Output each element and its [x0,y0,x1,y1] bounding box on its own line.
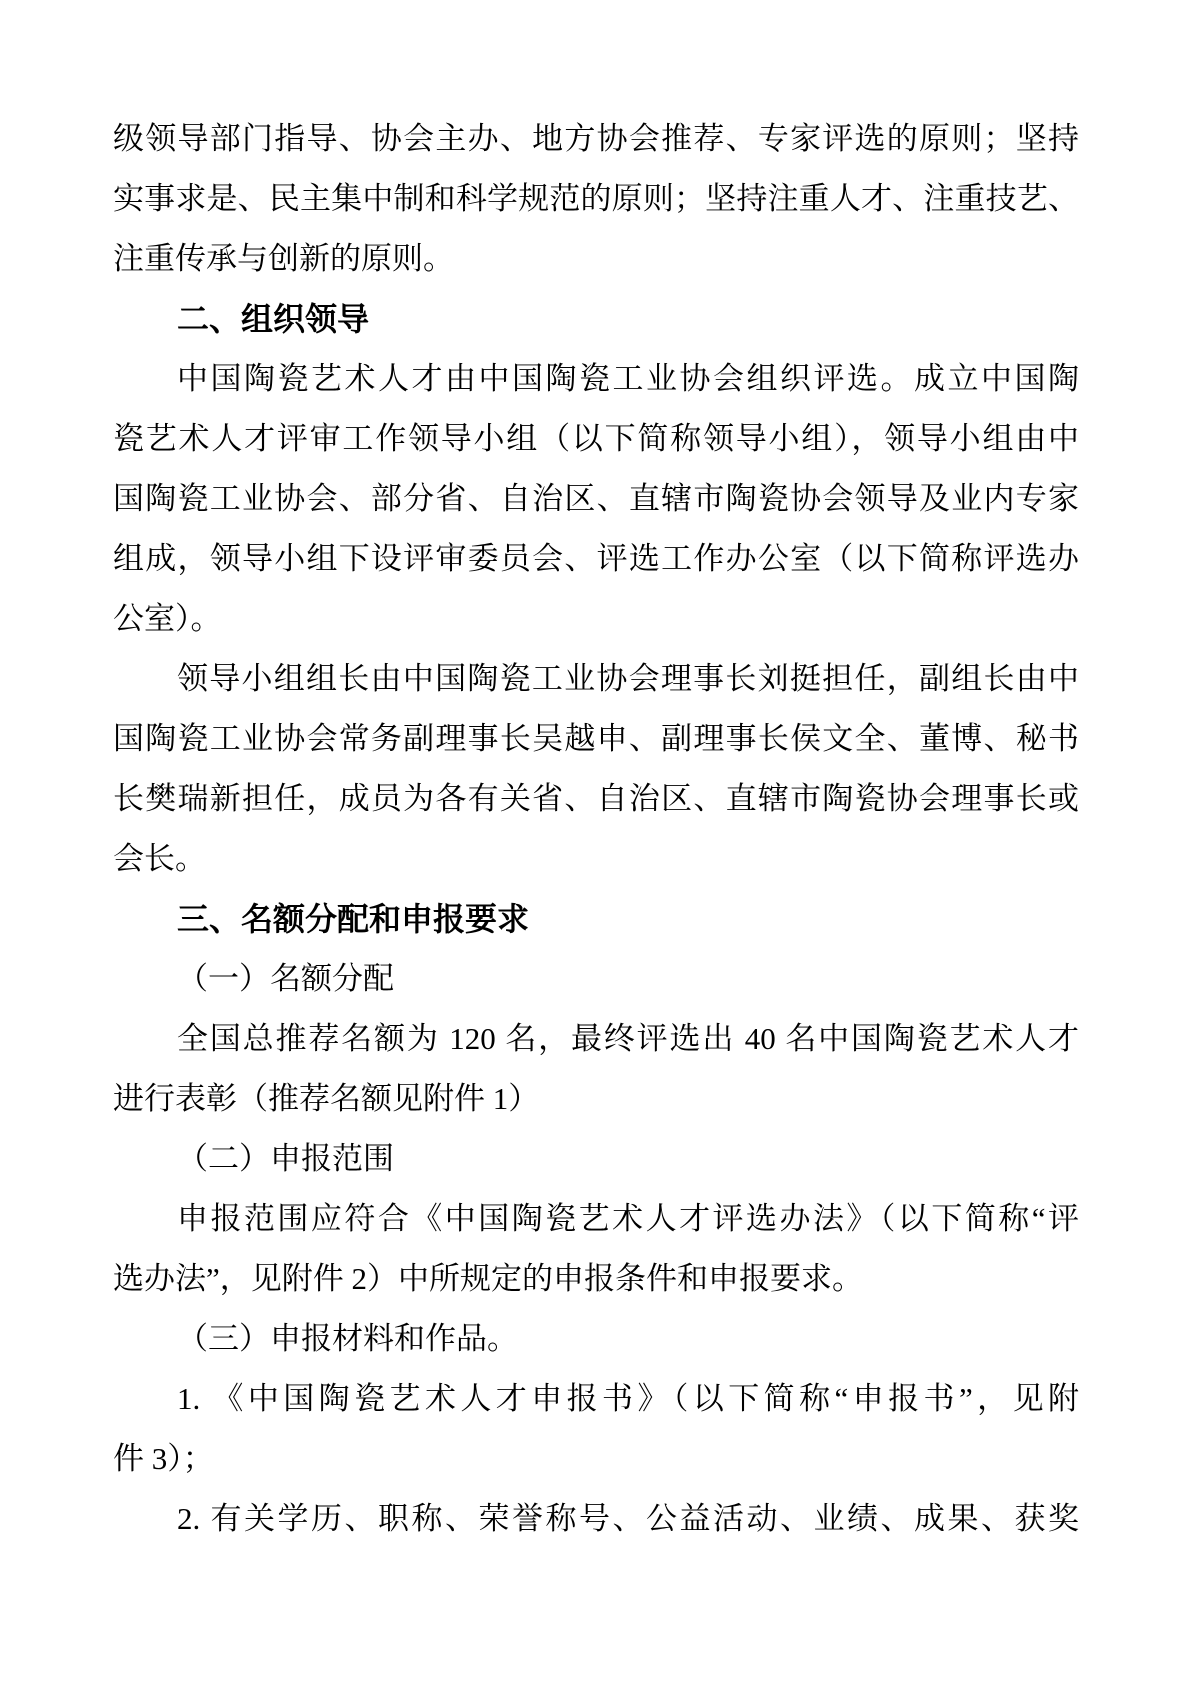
text-line: 长樊瑞新担任，成员为各有关省、自治区、直辖市陶瓷协会理事长或 [113,769,1079,829]
document-page: 级领导部门指导、协会主办、地方协会推荐、专家评选的原则；坚持实事求是、民主集中制… [0,0,1191,1684]
text-line: 瓷艺术人才评审工作领导小组（以下简称领导小组），领导小组由中 [113,409,1079,469]
text-line: 组成，领导小组下设评审委员会、评选工作办公室（以下简称评选办 [113,529,1079,589]
text-line: 选办法”，见附件 2）中所规定的申报条件和申报要求。 [113,1249,1079,1309]
document-body: 级领导部门指导、协会主办、地方协会推荐、专家评选的原则；坚持实事求是、民主集中制… [113,109,1079,1549]
text-line: 会长。 [113,829,1079,889]
text-line: 领导小组组长由中国陶瓷工业协会理事长刘挺担任，副组长由中 [113,649,1079,709]
text-line: 2. 有关学历、职称、荣誉称号、公益活动、业绩、成果、获奖 [113,1489,1079,1549]
text-line: （一）名额分配 [113,949,1079,1009]
text-line: 级领导部门指导、协会主办、地方协会推荐、专家评选的原则；坚持 [113,109,1079,169]
text-line: 申报范围应符合《中国陶瓷艺术人才评选办法》（以下简称“评 [113,1189,1079,1249]
text-line: 中国陶瓷艺术人才由中国陶瓷工业协会组织评选。成立中国陶 [113,349,1079,409]
section-heading: 三、名额分配和申报要求 [113,889,1079,949]
text-line: 实事求是、民主集中制和科学规范的原则；坚持注重人才、注重技艺、 [113,169,1079,229]
text-line: 注重传承与创新的原则。 [113,229,1079,289]
text-line: （三）申报材料和作品。 [113,1309,1079,1369]
text-line: 国陶瓷工业协会常务副理事长吴越申、副理事长侯文全、董博、秘书 [113,709,1079,769]
text-line: 公室）。 [113,589,1079,649]
section-heading: 二、组织领导 [113,289,1079,349]
text-line: （二）申报范围 [113,1129,1079,1189]
text-line: 进行表彰（推荐名额见附件 1） [113,1069,1079,1129]
text-line: 全国总推荐名额为 120 名，最终评选出 40 名中国陶瓷艺术人才 [113,1009,1079,1069]
text-line: 1. 《中国陶瓷艺术人才申报书》（以下简称“申报书”，见附 [113,1369,1079,1429]
text-line: 件 3）； [113,1429,1079,1489]
text-line: 国陶瓷工业协会、部分省、自治区、直辖市陶瓷协会领导及业内专家 [113,469,1079,529]
